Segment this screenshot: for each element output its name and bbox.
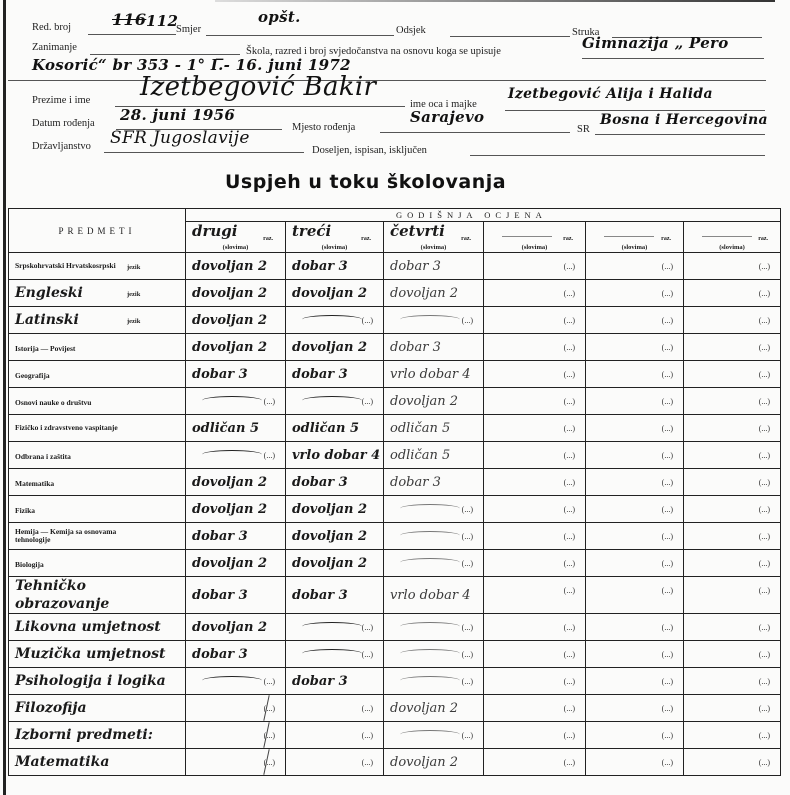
zanimanje-line <box>90 54 240 55</box>
grade-cell: (...) <box>684 361 781 388</box>
grade-value: dovoljan 2 <box>186 286 267 301</box>
no-grade-stroke <box>302 649 362 658</box>
grade-cell: dovoljan 2 <box>186 280 286 307</box>
year-column-header: drugiraz.(slovima) <box>186 222 286 253</box>
subject-row: Filozofija(...)(...)dovoljan 2(...)(...)… <box>9 695 781 722</box>
grade-placeholder: (...) <box>462 532 473 541</box>
grade-cell: (...) <box>384 496 484 523</box>
grade-placeholder: (...) <box>759 731 770 740</box>
sr-value: Bosna i Hercegovina <box>600 112 768 128</box>
raz-label: raz. <box>758 236 768 242</box>
grade-value: dovoljan 2 <box>186 475 267 490</box>
subject-cell: Hemija — Kemija sa osnovama tehnologije <box>9 523 186 550</box>
raz-label: raz. <box>563 236 573 242</box>
grade-placeholder: (...) <box>462 623 473 632</box>
grade-cell: (...) <box>684 523 781 550</box>
grade-cell: (...) <box>286 388 384 415</box>
subject-cell: Matematika <box>9 469 186 496</box>
subject-row: Latinskijezikdovoljan 2(...)(...)(...)(.… <box>9 307 781 334</box>
subject-name: Srpskohrvatski Hrvatskosrpski <box>15 262 125 270</box>
grade-value: dovoljan 2 <box>384 394 458 409</box>
grade-placeholder: (...) <box>564 623 575 632</box>
grade-cell: (...) <box>384 641 484 668</box>
year-label: četvrti <box>390 222 445 240</box>
grade-placeholder: (...) <box>662 478 673 487</box>
grade-placeholder: (...) <box>362 623 373 632</box>
grade-value: vrlo dobar 4 <box>384 588 471 603</box>
year-column-header: raz.(slovima) <box>586 222 684 253</box>
subject-cell: Tehničko obrazovanje <box>9 577 186 614</box>
red-broj-value: 112 <box>146 12 178 30</box>
grade-placeholder: (...) <box>759 478 770 487</box>
grade-value: dovoljan 2 <box>384 701 458 716</box>
doseljen-line <box>470 155 765 156</box>
year-blank-line <box>702 236 752 237</box>
grade-cell: (...) <box>484 749 586 776</box>
grade-value: dobar 3 <box>384 475 441 490</box>
subject-name: Biologija <box>15 560 44 569</box>
grade-value: odličan 5 <box>384 421 450 436</box>
grade-value: dovoljan 2 <box>186 259 267 274</box>
grade-cell: (...) <box>484 496 586 523</box>
subject-name: Izborni predmeti: <box>15 727 153 743</box>
no-grade-stroke <box>400 649 460 658</box>
grade-cell: (...) <box>286 749 384 776</box>
grade-cell: (...) <box>384 668 484 695</box>
grade-placeholder: (...) <box>662 532 673 541</box>
grade-placeholder: (...) <box>759 758 770 767</box>
school-record-page: Red. broj 116 112 Smjer opšt. Odsjek Str… <box>0 0 790 795</box>
grade-placeholder: (...) <box>759 451 770 460</box>
zanimanje-label: Zanimanje <box>32 42 77 53</box>
subject-cell: Latinskijezik <box>9 307 186 334</box>
grade-cell: (...) <box>586 253 684 280</box>
grade-cell: (...) <box>586 307 684 334</box>
subject-cell: Biologija <box>9 550 186 577</box>
grade-placeholder: (...) <box>759 559 770 568</box>
subject-name: Likovna umjetnost <box>15 619 161 635</box>
grade-cell: (...) <box>484 641 586 668</box>
grade-value: dobar 3 <box>286 588 348 603</box>
grade-cell: dovoljan 2 <box>384 749 484 776</box>
grade-cell: (...) <box>384 550 484 577</box>
grade-cell: dovoljan 2 <box>186 614 286 641</box>
grade-cell: (...) <box>586 577 684 614</box>
mjesto-rodjenja-value: Sarajevo <box>410 108 484 126</box>
grade-cell: (...) <box>384 722 484 749</box>
subject-cell: Srpskohrvatski Hrvatskosrpskijezik <box>9 253 186 280</box>
subject-name: Tehničko obrazovanje <box>15 578 109 612</box>
subject-cell: Fizičko i zdravstveno vaspitanje <box>9 415 186 442</box>
grade-placeholder: (...) <box>662 343 673 352</box>
no-grade-stroke <box>202 396 262 405</box>
odsjek-line <box>450 36 570 37</box>
grade-placeholder: (...) <box>564 478 575 487</box>
grade-cell: (...) <box>684 253 781 280</box>
mjesto-rodjenja-line <box>380 132 570 133</box>
no-grade-stroke <box>400 558 460 567</box>
year-column-header: četvrtiraz.(slovima) <box>384 222 484 253</box>
grade-value: dovoljan 2 <box>186 502 267 517</box>
grade-placeholder: (...) <box>564 316 575 325</box>
grade-value: dobar 3 <box>186 647 248 662</box>
grade-cell: dovoljan 2 <box>286 550 384 577</box>
slovima-label: (slovima) <box>684 244 780 251</box>
datum-rodjenja-label: Datum rođenja <box>32 118 95 129</box>
slovima-label: (slovima) <box>286 244 383 251</box>
grade-cell: (...) <box>186 668 286 695</box>
grade-placeholder: (...) <box>564 758 575 767</box>
no-grade-stroke <box>302 315 362 324</box>
grade-cell: (...) <box>586 361 684 388</box>
grade-placeholder: (...) <box>564 731 575 740</box>
grade-placeholder: (...) <box>264 731 275 740</box>
grade-cell: (...) <box>586 334 684 361</box>
smjer-label: Smjer <box>176 24 201 35</box>
grade-cell: (...) <box>484 442 586 469</box>
grade-cell: dovoljan 2 <box>384 388 484 415</box>
grade-cell: (...) <box>484 614 586 641</box>
grade-cell: (...) <box>586 668 684 695</box>
subject-name: Fizika <box>15 506 35 515</box>
grade-placeholder: (...) <box>362 704 373 713</box>
grade-placeholder: (...) <box>662 397 673 406</box>
grade-placeholder: (...) <box>362 731 373 740</box>
subject-row: Srpskohrvatski Hrvatskosrpskijezikdovolj… <box>9 253 781 280</box>
grade-cell: (...) <box>286 307 384 334</box>
grade-cell: (...) <box>586 415 684 442</box>
grade-cell: odličan 5 <box>384 442 484 469</box>
grade-value: dobar 3 <box>384 340 441 355</box>
slovima-label: (slovima) <box>186 244 285 251</box>
drzavljanstvo-line <box>104 152 304 153</box>
grade-placeholder: (...) <box>759 370 770 379</box>
grade-value: dovoljan 2 <box>286 502 367 517</box>
page-top-edge <box>215 0 775 2</box>
grade-cell: (...) <box>286 695 384 722</box>
grade-placeholder: (...) <box>264 451 275 460</box>
raz-label: raz. <box>361 236 371 242</box>
raz-label: raz. <box>461 236 471 242</box>
year-blank-line <box>604 236 654 237</box>
grade-cell: (...) <box>586 388 684 415</box>
grade-cell: (...) <box>186 749 286 776</box>
year-column-header: raz.(slovima) <box>684 222 781 253</box>
grades-table: PREDMETI GODIŠNJA OCJENA drugiraz.(slovi… <box>8 208 781 776</box>
subject-cell: Filozofija <box>9 695 186 722</box>
red-broj-label: Red. broj <box>32 22 71 33</box>
grade-value: dovoljan 2 <box>384 286 458 301</box>
subject-row: Hemija — Kemija sa osnovama tehnologijed… <box>9 523 781 550</box>
grade-placeholder: (...) <box>462 505 473 514</box>
grade-cell: dobar 3 <box>186 641 286 668</box>
grade-cell: dobar 3 <box>186 523 286 550</box>
grade-cell: (...) <box>586 550 684 577</box>
grade-cell: dovoljan 2 <box>384 280 484 307</box>
grade-cell: (...) <box>586 695 684 722</box>
predmeti-header: PREDMETI <box>9 209 186 253</box>
grade-cell: (...) <box>684 550 781 577</box>
grade-cell: (...) <box>484 388 586 415</box>
no-grade-stroke <box>202 450 262 459</box>
subject-cell: Geografija <box>9 361 186 388</box>
prezime-ime-value: Izetbegović Bakir <box>140 72 376 102</box>
grade-placeholder: (...) <box>759 343 770 352</box>
grade-cell: (...) <box>186 388 286 415</box>
grade-placeholder: (...) <box>462 731 473 740</box>
grade-cell: dobar 3 <box>186 577 286 614</box>
grade-placeholder: (...) <box>564 397 575 406</box>
grade-placeholder: (...) <box>662 586 673 595</box>
grade-cell: (...) <box>484 334 586 361</box>
grade-value: dobar 3 <box>286 475 348 490</box>
subject-name: Hemija — Kemija sa osnovama tehnologije <box>15 528 125 544</box>
subject-row: Engleskijezikdovoljan 2dovoljan 2dovolja… <box>9 280 781 307</box>
grade-placeholder: (...) <box>564 262 575 271</box>
grade-cell: odličan 5 <box>186 415 286 442</box>
grade-placeholder: (...) <box>759 677 770 686</box>
grade-cell: (...) <box>484 469 586 496</box>
grade-cell: (...) <box>484 695 586 722</box>
jezik-label: jezik <box>127 291 140 298</box>
grade-placeholder: (...) <box>662 289 673 298</box>
grade-cell: (...) <box>586 722 684 749</box>
smjer-value: opšt. <box>258 8 301 26</box>
subject-cell: Osnovi nauke o društvu <box>9 388 186 415</box>
grade-placeholder: (...) <box>564 370 575 379</box>
no-grade-stroke <box>400 504 460 513</box>
year-column-header: raz.(slovima) <box>484 222 586 253</box>
prezime-ime-label: Prezime i ime <box>32 95 90 106</box>
subject-row: Geografijadobar 3dobar 3vrlo dobar 4(...… <box>9 361 781 388</box>
grade-cell: vrlo dobar 4 <box>384 361 484 388</box>
no-grade-stroke <box>400 531 460 540</box>
grade-cell: (...) <box>484 668 586 695</box>
grade-cell: vrlo dobar 4 <box>286 442 384 469</box>
grade-cell: dobar 3 <box>384 469 484 496</box>
subject-row: Odbrana i zaštita(...)vrlo dobar 4odliča… <box>9 442 781 469</box>
grade-cell: (...) <box>286 641 384 668</box>
grade-cell: (...) <box>684 280 781 307</box>
grade-cell: (...) <box>186 695 286 722</box>
subject-name: Matematika <box>15 479 54 488</box>
grade-cell: (...) <box>684 496 781 523</box>
grade-placeholder: (...) <box>759 289 770 298</box>
no-grade-stroke <box>302 396 362 405</box>
subject-cell: Istorija — Povijest <box>9 334 186 361</box>
grade-cell: odličan 5 <box>384 415 484 442</box>
skola-line <box>582 58 764 59</box>
grade-placeholder: (...) <box>362 397 373 406</box>
grade-cell: dovoljan 2 <box>286 523 384 550</box>
grade-cell: (...) <box>586 523 684 550</box>
grade-cell: (...) <box>586 614 684 641</box>
skola-value-line1: Gimnazija „ Pero <box>582 34 729 52</box>
grade-cell: (...) <box>586 469 684 496</box>
subject-name: Filozofija <box>15 700 87 716</box>
grade-placeholder: (...) <box>462 559 473 568</box>
grade-value: odličan 5 <box>286 421 359 436</box>
doseljen-label: Doseljen, ispisan, isključen <box>312 145 427 156</box>
grade-placeholder: (...) <box>759 532 770 541</box>
grade-placeholder: (...) <box>362 316 373 325</box>
page-left-border <box>3 0 6 795</box>
subject-name: Psihologija i logika <box>15 673 166 689</box>
ime-oca-majke-value: Izetbegović Alija i Halida <box>508 86 713 102</box>
grade-value: dovoljan 2 <box>286 340 367 355</box>
grade-value: dobar 3 <box>286 367 348 382</box>
godisnja-ocjena-header: GODIŠNJA OCJENA <box>186 209 781 222</box>
drzavljanstvo-value: SFR Jugoslavije <box>110 128 250 148</box>
grade-placeholder: (...) <box>662 316 673 325</box>
grade-placeholder: (...) <box>462 650 473 659</box>
subject-row: Osnovi nauke o društvu(...)(...)dovoljan… <box>9 388 781 415</box>
grade-value: dovoljan 2 <box>286 556 367 571</box>
no-grade-stroke <box>302 622 362 631</box>
grade-cell: (...) <box>484 550 586 577</box>
subject-cell: Engleskijezik <box>9 280 186 307</box>
grade-placeholder: (...) <box>662 424 673 433</box>
grade-value: dovoljan 2 <box>286 529 367 544</box>
grade-cell: (...) <box>684 668 781 695</box>
subject-row: Izborni predmeti:(...)(...)(...)(...)(..… <box>9 722 781 749</box>
subject-row: Tehničko obrazovanjedobar 3dobar 3vrlo d… <box>9 577 781 614</box>
grade-value: dobar 3 <box>186 529 248 544</box>
grade-placeholder: (...) <box>264 397 275 406</box>
grade-value: dobar 3 <box>286 674 348 689</box>
grade-cell: (...) <box>484 361 586 388</box>
grade-cell: (...) <box>484 307 586 334</box>
grade-value: dovoljan 2 <box>186 620 267 635</box>
grade-value: dobar 3 <box>186 588 248 603</box>
grade-placeholder: (...) <box>759 704 770 713</box>
grade-placeholder: (...) <box>362 758 373 767</box>
jezik-label: jezik <box>127 318 140 325</box>
grade-placeholder: (...) <box>264 704 275 713</box>
grade-value: dovoljan 2 <box>186 556 267 571</box>
grade-cell: (...) <box>484 415 586 442</box>
grade-placeholder: (...) <box>564 677 575 686</box>
grade-placeholder: (...) <box>759 424 770 433</box>
grade-cell: dovoljan 2 <box>186 253 286 280</box>
grade-cell: (...) <box>286 722 384 749</box>
no-grade-stroke <box>202 676 262 685</box>
grade-cell: (...) <box>586 749 684 776</box>
grade-cell: dovoljan 2 <box>186 469 286 496</box>
grade-cell: (...) <box>484 577 586 614</box>
grade-value: dovoljan 2 <box>286 286 367 301</box>
grade-placeholder: (...) <box>264 758 275 767</box>
grade-cell: dobar 3 <box>384 334 484 361</box>
grade-placeholder: (...) <box>759 586 770 595</box>
grade-placeholder: (...) <box>662 623 673 632</box>
grade-placeholder: (...) <box>759 316 770 325</box>
subject-name: Geografija <box>15 371 50 380</box>
grade-cell: dovoljan 2 <box>286 280 384 307</box>
section-title: Uspjeh u toku školovanja <box>225 171 506 193</box>
odsjek-label: Odsjek <box>396 25 426 36</box>
grade-placeholder: (...) <box>564 704 575 713</box>
grade-cell: (...) <box>586 496 684 523</box>
grade-cell: (...) <box>684 695 781 722</box>
grade-cell: (...) <box>186 722 286 749</box>
grade-cell: (...) <box>684 334 781 361</box>
grade-cell: dovoljan 2 <box>186 307 286 334</box>
subject-name: Istorija — Povijest <box>15 344 75 353</box>
subject-row: Fizikadovoljan 2dovoljan 2(...)(...)(...… <box>9 496 781 523</box>
grade-cell: dobar 3 <box>286 577 384 614</box>
grade-cell: (...) <box>384 614 484 641</box>
grade-placeholder: (...) <box>662 505 673 514</box>
subject-row: Matematikadovoljan 2dobar 3dobar 3(...)(… <box>9 469 781 496</box>
grade-cell: (...) <box>384 307 484 334</box>
grade-cell: vrlo dobar 4 <box>384 577 484 614</box>
grade-placeholder: (...) <box>564 289 575 298</box>
grade-cell: dovoljan 2 <box>286 496 384 523</box>
smjer-line <box>206 35 394 36</box>
subject-row: Muzička umjetnostdobar 3(...)(...)(...)(… <box>9 641 781 668</box>
grade-placeholder: (...) <box>662 731 673 740</box>
subject-cell: Matematika <box>9 749 186 776</box>
grade-cell: (...) <box>684 577 781 614</box>
subject-name: Engleski <box>15 285 83 301</box>
subject-name: Matematika <box>15 754 109 770</box>
grade-placeholder: (...) <box>662 677 673 686</box>
grade-cell: dobar 3 <box>286 469 384 496</box>
grade-placeholder: (...) <box>564 451 575 460</box>
subject-cell: Odbrana i zaštita <box>9 442 186 469</box>
grade-cell: dobar 3 <box>186 361 286 388</box>
year-label: treći <box>292 222 331 240</box>
grade-cell: dovoljan 2 <box>286 334 384 361</box>
grade-cell: odličan 5 <box>286 415 384 442</box>
grade-cell: (...) <box>684 415 781 442</box>
raz-label: raz. <box>661 236 671 242</box>
grade-cell: (...) <box>684 641 781 668</box>
grade-placeholder: (...) <box>564 343 575 352</box>
grade-cell: dobar 3 <box>286 361 384 388</box>
grade-placeholder: (...) <box>662 650 673 659</box>
grade-placeholder: (...) <box>759 650 770 659</box>
grade-cell: dobar 3 <box>286 253 384 280</box>
subject-name: Latinski <box>15 312 79 328</box>
subject-cell: Psihologija i logika <box>9 668 186 695</box>
grade-placeholder: (...) <box>662 451 673 460</box>
grade-placeholder: (...) <box>564 650 575 659</box>
grade-placeholder: (...) <box>264 677 275 686</box>
grade-cell: (...) <box>586 641 684 668</box>
grade-cell: dovoljan 2 <box>384 695 484 722</box>
grade-cell: (...) <box>586 442 684 469</box>
grade-value: dobar 3 <box>384 259 441 274</box>
grade-placeholder: (...) <box>662 559 673 568</box>
jezik-label: jezik <box>127 264 140 271</box>
subject-row: Biologijadovoljan 2dovoljan 2(...)(...)(… <box>9 550 781 577</box>
grade-cell: dovoljan 2 <box>186 550 286 577</box>
grade-cell: dovoljan 2 <box>186 334 286 361</box>
year-blank-line <box>502 236 552 237</box>
grade-placeholder: (...) <box>759 262 770 271</box>
ime-oca-majke-line <box>505 110 765 111</box>
sr-label: SR <box>577 124 590 135</box>
red-broj-struck: 116 <box>112 10 146 29</box>
subject-cell: Fizika <box>9 496 186 523</box>
grade-cell: (...) <box>684 469 781 496</box>
grade-placeholder: (...) <box>662 758 673 767</box>
no-grade-stroke <box>400 622 460 631</box>
grade-cell: (...) <box>684 388 781 415</box>
slovima-label: (slovima) <box>384 244 483 251</box>
